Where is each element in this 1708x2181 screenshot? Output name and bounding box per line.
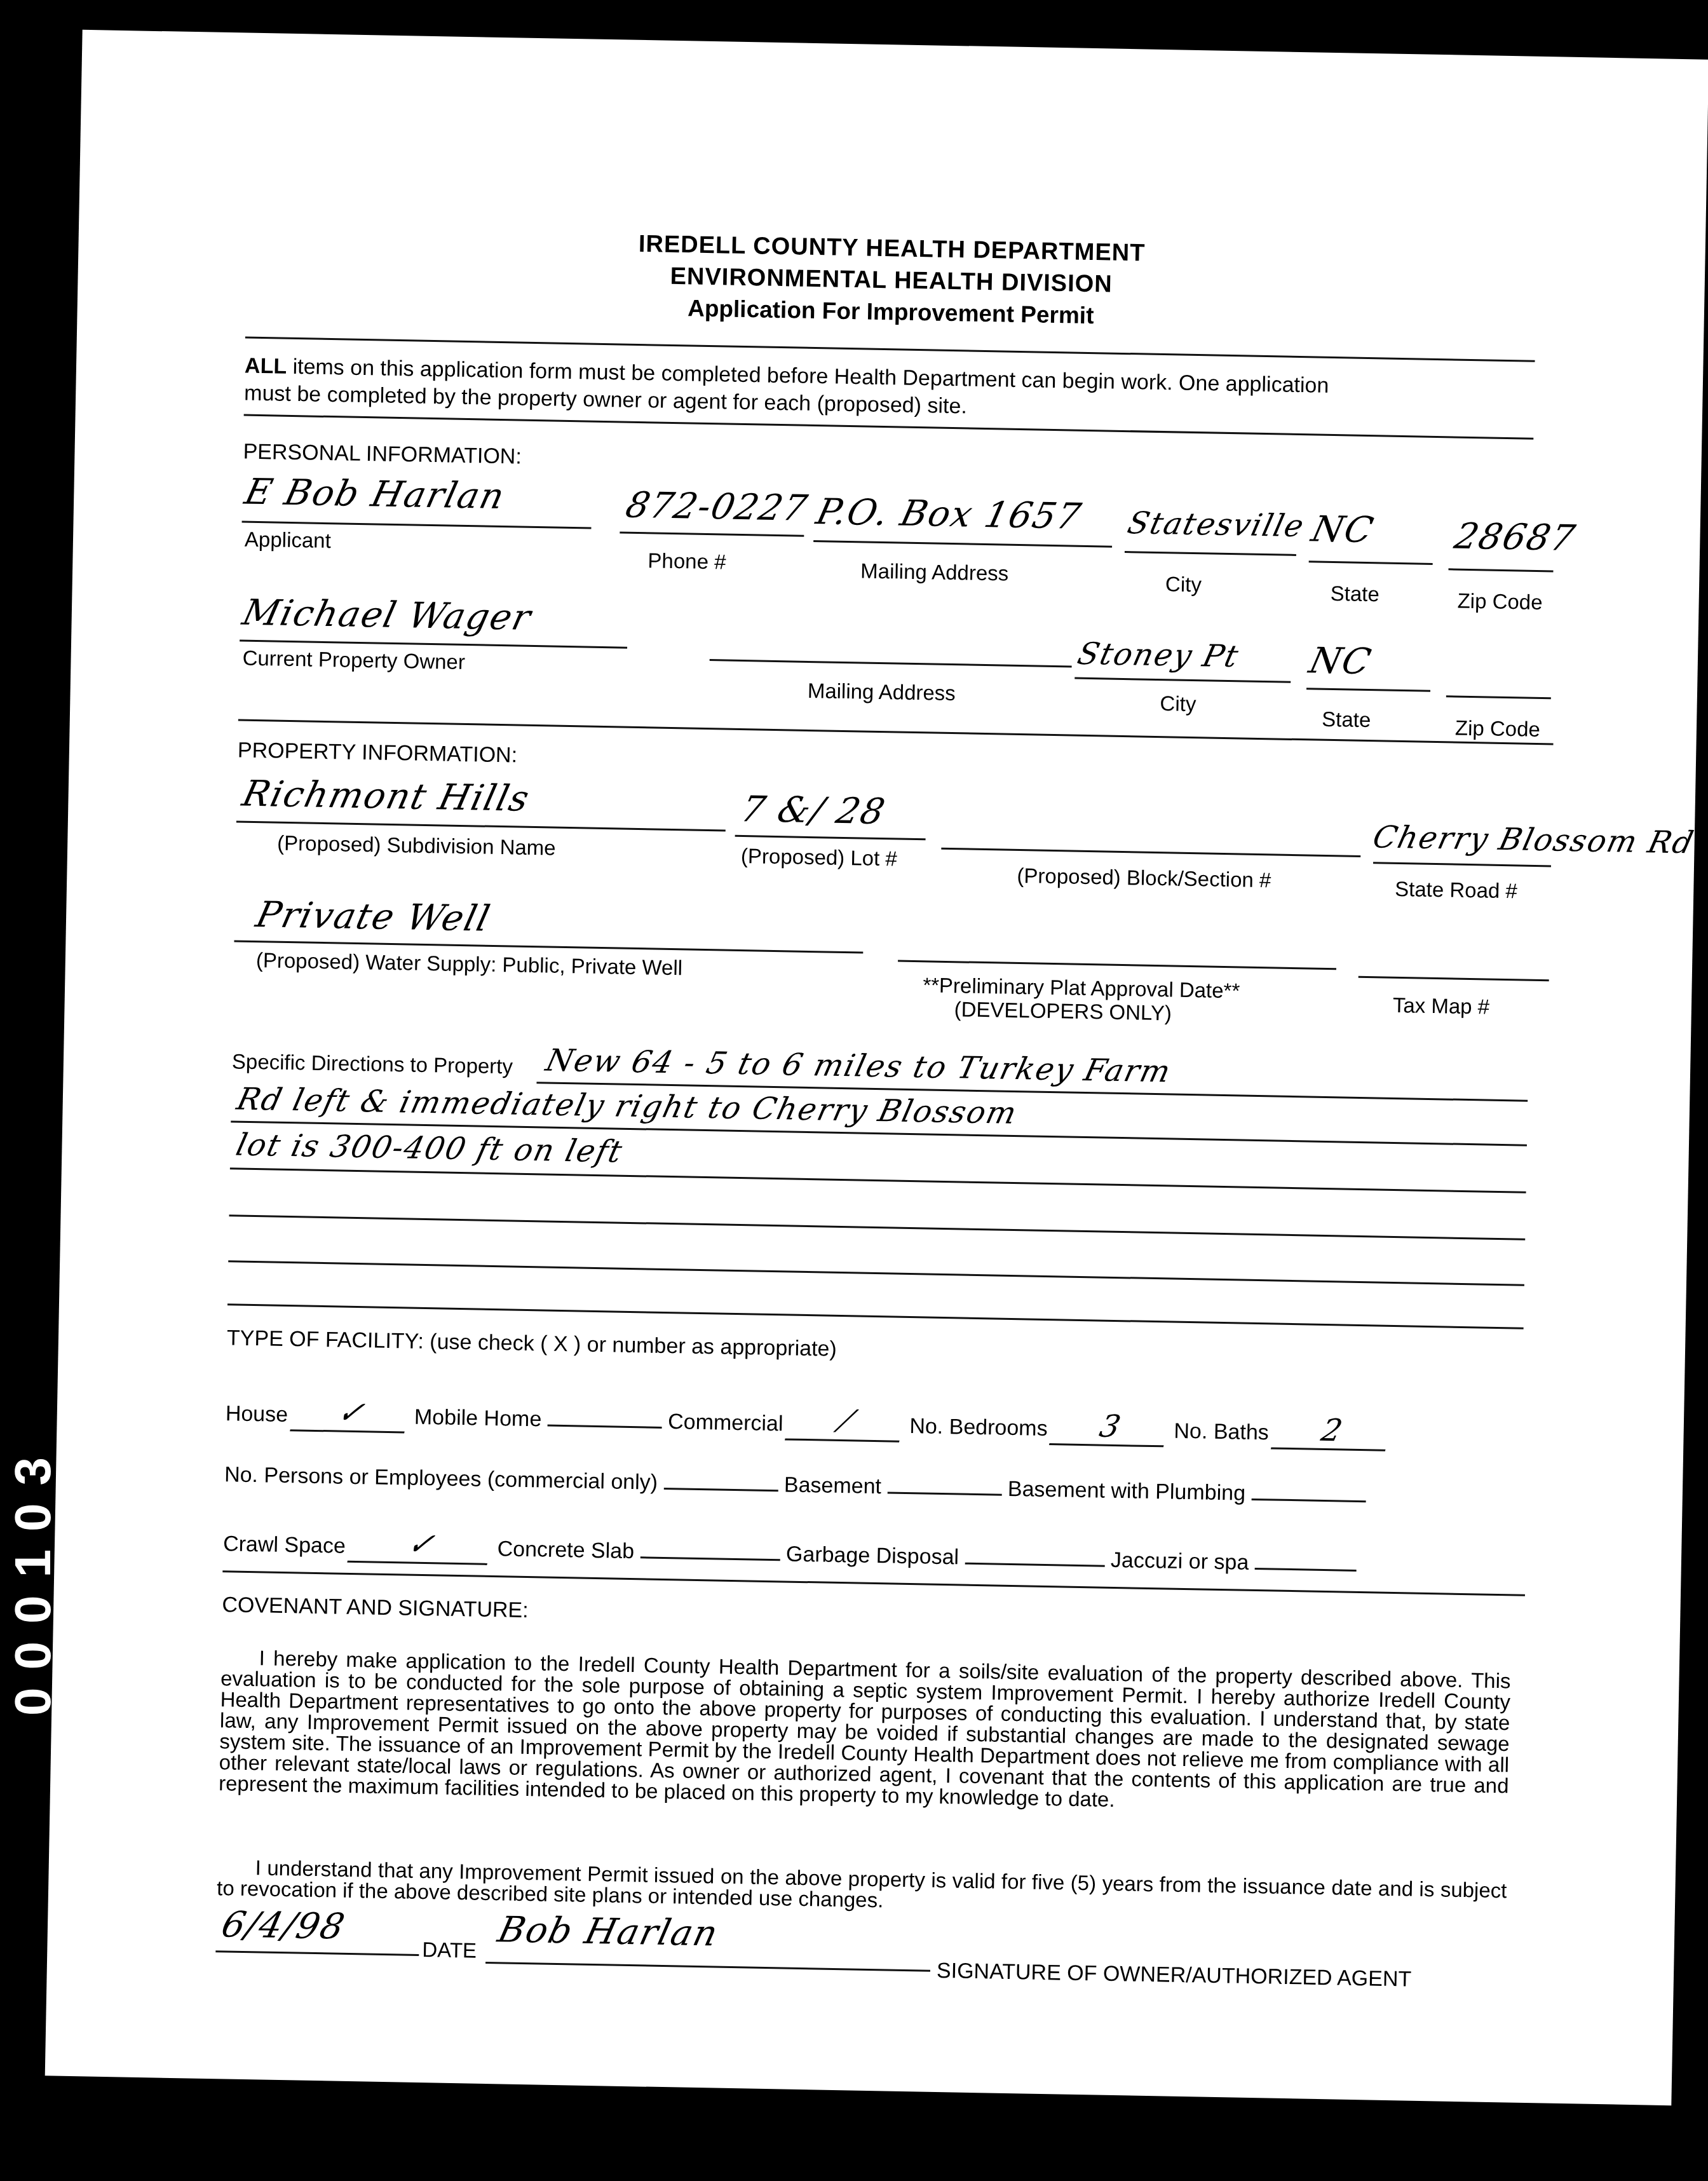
house-check[interactable]: ✓ bbox=[290, 1394, 413, 1433]
owner-zip-label: Zip Code bbox=[1455, 716, 1541, 742]
jacuzzi-label: Jaccuzi or spa bbox=[1111, 1548, 1249, 1575]
crawl-space-check[interactable]: ✓ bbox=[348, 1525, 496, 1565]
lot-number-field[interactable]: 7 &/ 28 bbox=[737, 789, 890, 832]
owner-state-label: State bbox=[1322, 707, 1371, 732]
persons-employees-field[interactable] bbox=[663, 1488, 778, 1491]
signature-line bbox=[485, 1962, 930, 1972]
state-road-field[interactable]: Cherry Blossom Rd bbox=[1369, 819, 1697, 860]
owner-label: Current Property Owner bbox=[242, 646, 465, 674]
block-line bbox=[941, 848, 1360, 857]
house-label: House bbox=[226, 1401, 288, 1427]
facility-row-1: House ✓ Mobile Home Commercial ⁄ No. Bed… bbox=[225, 1392, 1389, 1451]
baths-label: No. Baths bbox=[1174, 1419, 1269, 1445]
directions-line-1[interactable]: New 64 - 5 to 6 miles to Turkey Farm bbox=[543, 1043, 1175, 1090]
phone-line bbox=[620, 531, 804, 536]
concrete-slab-check[interactable] bbox=[640, 1556, 780, 1561]
garbage-disposal-check[interactable] bbox=[965, 1563, 1104, 1567]
applicant-state-field[interactable]: NC bbox=[1308, 509, 1378, 551]
facility-heading: TYPE OF FACILITY: (use check ( X ) or nu… bbox=[227, 1326, 837, 1362]
owner-state-line bbox=[1306, 688, 1430, 692]
zip-label: Zip Code bbox=[1457, 589, 1543, 615]
owner-city-label: City bbox=[1160, 691, 1196, 716]
garbage-disposal-label: Garbage Disposal bbox=[786, 1542, 959, 1570]
water-supply-label: (Proposed) Water Supply: Public, Private… bbox=[256, 948, 683, 980]
applicant-city-field[interactable]: Statesville bbox=[1124, 505, 1308, 544]
phone-field[interactable]: 872-0227 bbox=[622, 485, 812, 529]
covenant-paragraph-1: I hereby make application to the Iredell… bbox=[219, 1647, 1511, 1817]
subdivision-line bbox=[236, 820, 726, 831]
lot-label: (Proposed) Lot # bbox=[741, 844, 897, 871]
application-form-page: IREDELL COUNTY HEALTH DEPARTMENT ENVIRON… bbox=[45, 30, 1708, 2105]
state-road-label: State Road # bbox=[1395, 877, 1517, 904]
phone-label: Phone # bbox=[647, 548, 726, 574]
subdivision-label: (Proposed) Subdivision Name bbox=[277, 831, 556, 860]
owner-name-field[interactable]: Michael Wager bbox=[238, 592, 536, 639]
date-field[interactable]: 6/4/98 bbox=[218, 1904, 349, 1947]
developers-only-note: (DEVELOPERS ONLY) bbox=[954, 997, 1172, 1025]
state-label: State bbox=[1330, 581, 1379, 606]
date-label: DATE bbox=[422, 1938, 477, 1963]
directions-rule bbox=[230, 1167, 1526, 1193]
taxmap-line bbox=[1359, 976, 1549, 981]
directions-label: Specific Directions to Property bbox=[232, 1049, 513, 1078]
facility-row-3: Crawl Space ✓ Concrete Slab Garbage Disp… bbox=[223, 1523, 1357, 1581]
covenant-paragraph-2: I understand that any Improvement Permit… bbox=[217, 1856, 1507, 1922]
state-line bbox=[1309, 561, 1433, 565]
lot-line bbox=[735, 835, 926, 840]
city-label: City bbox=[1165, 572, 1202, 597]
directions-rule bbox=[227, 1303, 1524, 1329]
applicant-zip-field[interactable]: 28687 bbox=[1451, 516, 1580, 559]
facility-row-2: No. Persons or Employees (commercial onl… bbox=[224, 1462, 1366, 1508]
directions-line-3[interactable]: lot is 300-400 ft on left bbox=[233, 1127, 627, 1170]
basement-plumbing-check[interactable] bbox=[1251, 1498, 1366, 1502]
block-section-label: (Proposed) Block/Section # bbox=[1017, 864, 1271, 892]
crawl-space-label: Crawl Space bbox=[223, 1532, 346, 1558]
directions-rule bbox=[229, 1214, 1526, 1240]
plat-line bbox=[898, 960, 1336, 970]
subdivision-name-field[interactable]: Richmont Hills bbox=[238, 773, 534, 820]
signature-field[interactable]: Bob Harlan bbox=[494, 1909, 723, 1954]
applicant-mailing-address-field[interactable]: P.O. Box 1657 bbox=[813, 491, 1086, 537]
covenant-heading: COVENANT AND SIGNATURE: bbox=[222, 1593, 529, 1623]
baths-field[interactable]: 2 bbox=[1271, 1412, 1394, 1451]
mobile-home-check[interactable] bbox=[548, 1425, 662, 1429]
bedrooms-field[interactable]: 3 bbox=[1049, 1408, 1172, 1447]
city-line bbox=[1125, 551, 1296, 556]
tax-map-label: Tax Map # bbox=[1393, 993, 1490, 1019]
divider bbox=[244, 414, 1534, 440]
basement-check[interactable] bbox=[887, 1491, 1001, 1495]
owner-zip-line bbox=[1446, 695, 1551, 699]
bedrooms-label: No. Bedrooms bbox=[909, 1414, 1048, 1441]
basement-plumbing-label: Basement with Plumbing bbox=[1008, 1477, 1246, 1505]
owner-city-line bbox=[1074, 677, 1291, 683]
owner-mailing-line bbox=[710, 659, 1072, 667]
owner-state-field[interactable]: NC bbox=[1305, 641, 1376, 683]
commercial-label: Commercial bbox=[668, 1410, 783, 1436]
applicant-name-field[interactable]: E Bob Harlan bbox=[241, 472, 509, 517]
basement-label: Basement bbox=[784, 1472, 882, 1498]
concrete-slab-label: Concrete Slab bbox=[497, 1537, 634, 1563]
commercial-check[interactable]: ⁄ bbox=[785, 1403, 908, 1443]
signature-label: SIGNATURE OF OWNER/AUTHORIZED AGENT bbox=[937, 1959, 1412, 1992]
road-line bbox=[1373, 862, 1551, 867]
applicant-label: Applicant bbox=[245, 527, 331, 553]
jacuzzi-check[interactable] bbox=[1254, 1568, 1356, 1572]
date-line bbox=[215, 1950, 419, 1956]
mailing-address-label: Mailing Address bbox=[860, 559, 1009, 585]
property-info-heading: PROPERTY INFORMATION: bbox=[238, 738, 518, 768]
owner-city-field[interactable]: Stoney Pt bbox=[1074, 636, 1243, 674]
mobile-home-label: Mobile Home bbox=[414, 1405, 542, 1432]
zip-line bbox=[1448, 568, 1553, 572]
water-supply-field[interactable]: Private Well bbox=[252, 894, 495, 939]
mailing-line bbox=[813, 540, 1112, 548]
persons-employees-label: No. Persons or Employees (commercial onl… bbox=[224, 1462, 658, 1494]
personal-info-heading: PERSONAL INFORMATION: bbox=[243, 440, 522, 470]
owner-mailing-label: Mailing Address bbox=[808, 679, 956, 705]
directions-rule bbox=[228, 1260, 1524, 1286]
